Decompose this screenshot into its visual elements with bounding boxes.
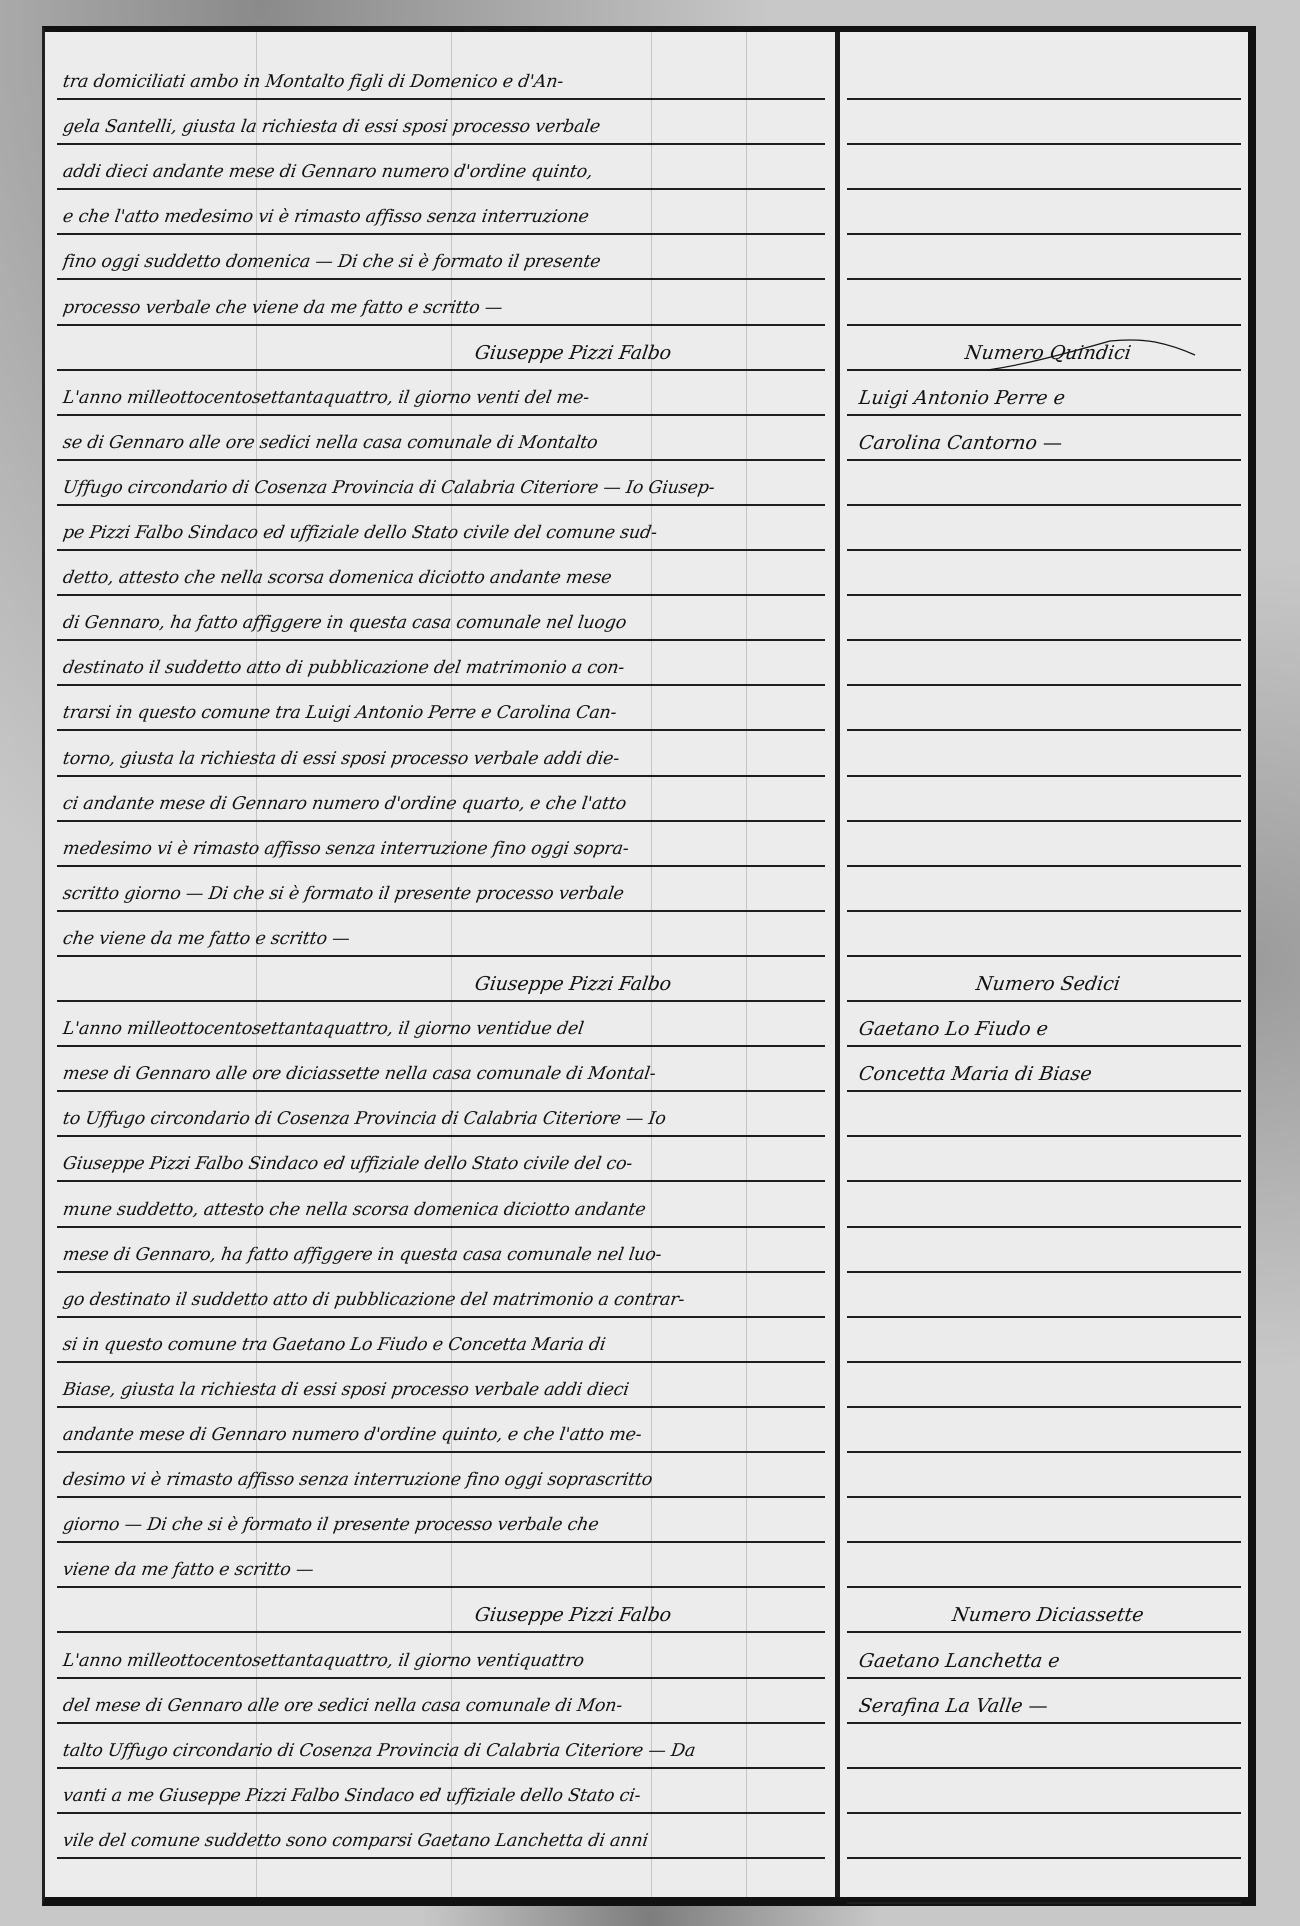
ruled-line: [57, 1271, 825, 1273]
ruled-line: [57, 1767, 825, 1769]
ruled-line: [847, 1902, 1241, 1904]
ruled-line: [847, 143, 1241, 145]
spouse-names-line: Carolina Cantorno —: [856, 421, 1240, 465]
ruled-line: [57, 459, 825, 461]
ruled-line: [847, 1496, 1241, 1498]
ruled-line: [57, 865, 825, 867]
strike-through-mark: [885, 336, 1300, 376]
ruled-line: [847, 278, 1241, 280]
ruled-line: [847, 1857, 1241, 1859]
ruled-line: [57, 504, 825, 506]
ruled-line: [57, 1631, 825, 1633]
ruled-line: [847, 233, 1241, 235]
entry-number-label: Numero Diciassette: [856, 1593, 1240, 1637]
ruled-line: [847, 324, 1241, 326]
ruled-line: [847, 188, 1241, 190]
ruled-line: [847, 98, 1241, 100]
ruled-line: [57, 1451, 825, 1453]
ruled-line: [847, 1180, 1241, 1182]
ruled-line: [57, 188, 825, 190]
ruled-line: [57, 278, 825, 280]
ruled-line: [847, 865, 1241, 867]
ruled-line: [847, 729, 1241, 731]
ruled-line: [57, 369, 825, 371]
ruled-line: [847, 1586, 1241, 1588]
ruled-line: [847, 1812, 1241, 1814]
ruled-line: [57, 143, 825, 145]
ruled-line: [57, 1000, 825, 1002]
ruled-line: [847, 549, 1241, 551]
ruled-line: [57, 1406, 825, 1408]
ruled-line: [57, 820, 825, 822]
entry-number-label: Numero Sedici: [856, 962, 1240, 1006]
ruled-line: [847, 1451, 1241, 1453]
ruled-line: [57, 639, 825, 641]
column-divider: [835, 32, 840, 1897]
ruled-line: [57, 1361, 825, 1363]
ruled-line: [57, 414, 825, 416]
ruled-line: [847, 820, 1241, 822]
ruled-line: [57, 549, 825, 551]
ruled-line: [57, 1812, 825, 1814]
ruled-line: [57, 1045, 825, 1047]
ledger-page: tra domiciliati ambo in Montalto figli d…: [42, 26, 1256, 1906]
ruled-line: [57, 729, 825, 731]
ruled-line: [57, 1226, 825, 1228]
ruled-line: [847, 639, 1241, 641]
ruled-line: [847, 1226, 1241, 1228]
ruled-line: [847, 1541, 1241, 1543]
spouse-names-line: Serafina La Valle —: [856, 1684, 1240, 1728]
ruled-line: [57, 684, 825, 686]
right-column-index: Numero QuindiciLuigi Antonio Perre eCaro…: [845, 32, 1245, 1897]
ruled-line: [57, 910, 825, 912]
ruled-line: [57, 98, 825, 100]
ruled-line: [847, 594, 1241, 596]
ruled-line: [57, 1135, 825, 1137]
spouse-names-line: Gaetano Lanchetta e: [856, 1639, 1240, 1683]
ruled-line: [57, 1541, 825, 1543]
ruled-line: [847, 1406, 1241, 1408]
ruled-line: [847, 504, 1241, 506]
ruled-line: [57, 1677, 825, 1679]
ruled-line: [57, 955, 825, 957]
spouse-names-line: Gaetano Lo Fiudo e: [856, 1007, 1240, 1051]
ruled-line: [57, 1496, 825, 1498]
ruled-line: [847, 1316, 1241, 1318]
spouse-names-line: Luigi Antonio Perre e: [856, 376, 1240, 420]
ruled-line: [847, 955, 1241, 957]
ruled-line: [847, 1767, 1241, 1769]
ruled-line: [57, 233, 825, 235]
ruled-line: [847, 1271, 1241, 1273]
left-column-records: tra domiciliati ambo in Montalto figli d…: [51, 32, 831, 1897]
ruled-line: [57, 1857, 825, 1859]
ruled-line: [57, 775, 825, 777]
ruled-line: [57, 1586, 825, 1588]
ruled-line: [57, 1180, 825, 1182]
ruled-line: [847, 684, 1241, 686]
ruled-line: [847, 775, 1241, 777]
ruled-line: [847, 1361, 1241, 1363]
ruled-line: [847, 1135, 1241, 1137]
ruled-line: [57, 1090, 825, 1092]
ruled-line: [57, 1316, 825, 1318]
ruled-line: [57, 324, 825, 326]
ruled-line: [847, 910, 1241, 912]
spouse-names-line: Concetta Maria di Biase: [856, 1052, 1240, 1096]
ruled-line: [57, 1722, 825, 1724]
ruled-line: [57, 594, 825, 596]
